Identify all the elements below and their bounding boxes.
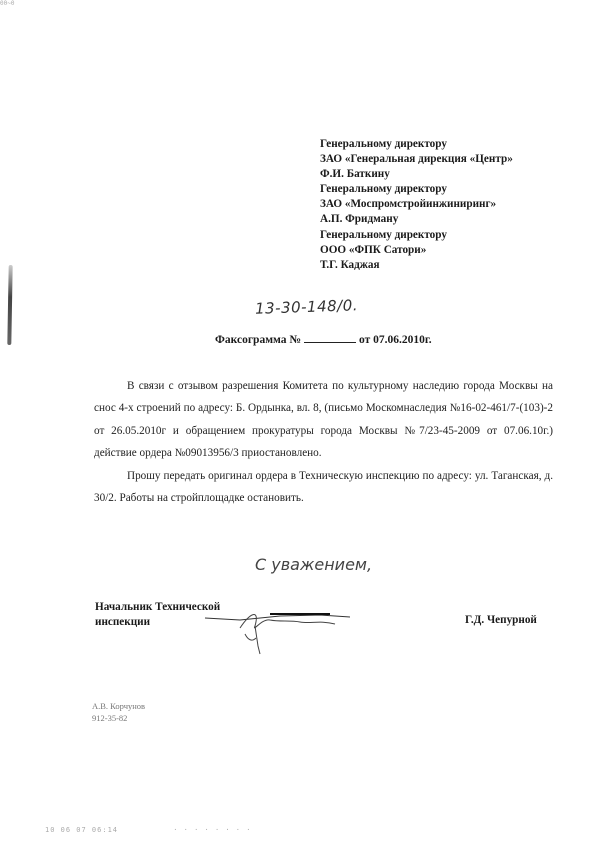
contact-phone: 912-35-82 [92,712,145,724]
addressee-line: ЗАО «Генеральная дирекция «Центр» [320,152,513,167]
letter-body: В связи с отзывом разрешения Комитета по… [94,375,553,509]
signature-icon [200,598,370,658]
fax-transmission-header: 00~0 [0,0,14,7]
addressee-line: Генеральному директору [320,228,513,243]
addressee-line: Генеральному директору [320,137,513,152]
scan-artifact-mark [7,265,12,345]
body-paragraph: Прошу передать оригинал ордера в Техниче… [94,465,553,510]
contact-block: А.В. Корчунов 912-35-82 [92,700,145,724]
fax-transmission-footer: 10 06 07 06:14 · · · · · · · · [45,826,301,834]
addressee-line: ООО «ФПК Сатори» [320,243,513,258]
handwritten-closing: С уважением, [255,555,372,574]
contact-name: А.В. Корчунов [92,700,145,712]
fax-title: Факсограмма №от 07.06.2010г. [215,333,432,346]
fax-date: от 07.06.2010г. [359,334,432,346]
handwritten-registration-number: 13-30-148/0. [255,296,359,318]
addressee-line: ЗАО «Моспромстройинжиниринг» [320,197,513,212]
addressee-line: Генеральному директору [320,182,513,197]
addressee-line: Ф.И. Баткину [320,167,513,182]
fax-number-blank [304,333,356,343]
fax-title-label: Факсограмма № [215,334,301,346]
fax-footer-right: · · · · · · · · [173,826,251,834]
fax-footer-left: 10 06 07 06:14 [45,826,118,834]
addressee-line: Т.Г. Каджая [320,258,513,273]
signer-name: Г.Д. Чепурной [465,614,537,626]
addressee-block: Генеральному директору ЗАО «Генеральная … [320,137,513,273]
body-paragraph: В связи с отзывом разрешения Комитета по… [94,375,553,465]
addressee-line: А.П. Фридману [320,212,513,227]
